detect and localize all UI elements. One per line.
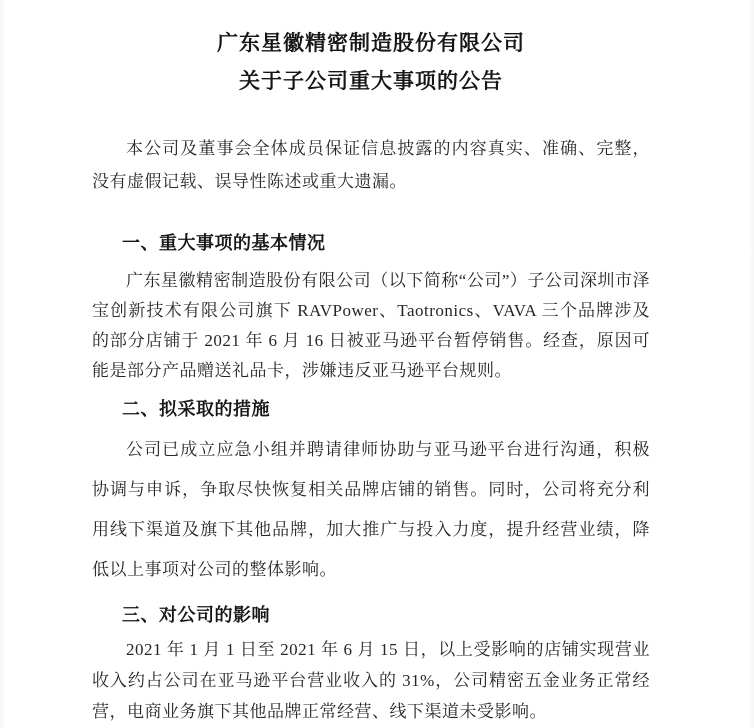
announcement-document: 广东星徽精密制造股份有限公司 关于子公司重大事项的公告 本公司及董事会全体成员保… xyxy=(0,0,754,728)
section-1-paragraph: 广东星徽精密制造股份有限公司（以下简称“公司”）子公司深圳市泽宝创新技术有限公司… xyxy=(92,266,650,386)
section-2-paragraph: 公司已成立应急小组并聘请律师协助与亚马逊平台进行沟通，积极协调与申诉，争取尽快恢… xyxy=(92,430,650,590)
section-planned-measures: 二、拟采取的措施 公司已成立应急小组并聘请律师协助与亚马逊平台进行沟通，积极协调… xyxy=(92,396,650,590)
section-3-paragraph: 2021 年 1 月 1 日至 2021 年 6 月 15 日，以上受影响的店铺… xyxy=(92,634,650,727)
section-2-heading: 二、拟采取的措施 xyxy=(92,396,650,422)
section-3-heading: 三、对公司的影响 xyxy=(92,602,650,628)
section-impact-on-company: 三、对公司的影响 2021 年 1 月 1 日至 2021 年 6 月 15 日… xyxy=(92,602,650,727)
board-declaration-paragraph: 本公司及董事会全体成员保证信息披露的内容真实、准确、完整，没有虚假记载、误导性陈… xyxy=(92,132,650,198)
document-title: 广东星徽精密制造股份有限公司 xyxy=(92,28,650,58)
section-basic-situation: 一、重大事项的基本情况 广东星徽精密制造股份有限公司（以下简称“公司”）子公司深… xyxy=(92,230,650,386)
section-1-heading: 一、重大事项的基本情况 xyxy=(92,230,650,256)
document-subtitle: 关于子公司重大事项的公告 xyxy=(92,66,650,96)
